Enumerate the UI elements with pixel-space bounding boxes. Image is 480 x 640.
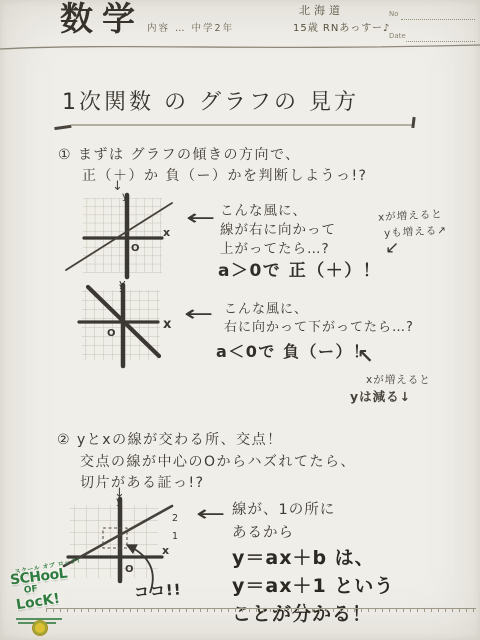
title-underline-scribble (53, 119, 71, 130)
left-arrow-icon: ← (196, 502, 226, 527)
conclusion-positive: a＞0で 正（＋）！ (218, 262, 381, 282)
subject-title: 数学 (60, 0, 144, 38)
side-note-down-line2: yは減る↓ (350, 390, 411, 404)
notebook-page: 数学 内容 … 中学2年 北海道 15歳 RNあっすー♪ No Date 1次関… (0, 0, 480, 640)
note-down-line1: こんな風に、 (224, 303, 308, 318)
grid-squares (83, 198, 162, 273)
logo-lock-text: LocK! (15, 591, 61, 614)
note-up-line1: こんな風に、 (220, 204, 307, 220)
section2-line1: ② yとxの線が交わる所、交点！ (57, 432, 283, 448)
conclusion-negative: a＜0で 負（ー）！ (216, 343, 371, 361)
page-title: 1次関数 の グラフの 見方 (62, 90, 359, 115)
y-label-top: y (119, 282, 125, 293)
section1-line2: 正（＋）か 負（ー）かを判断しようっ!? (82, 168, 368, 184)
formula-general: y＝ax＋b は、 (232, 548, 375, 570)
formula-specific: y＝ax＋1 という (232, 576, 394, 598)
up-left-arrow-icon: ↖ (357, 345, 374, 368)
tick-2: 2 (172, 513, 178, 524)
origin-label: O (107, 328, 116, 339)
school-of-lock-logo: スクール オブ ロック! SCHooL OF LocK! (2, 554, 72, 640)
tick-1: 1 (172, 531, 178, 542)
origin-label: O (131, 243, 140, 254)
koko-callout: ココ!! (133, 581, 182, 602)
graph-positive-slope: y y x O (62, 190, 178, 290)
side-note-up-line1: xが増えると (378, 208, 443, 223)
section2-line3: 切片がある証っ!? (80, 475, 205, 491)
intercept-note-line2: あるから (232, 525, 294, 542)
side-note-down-line1: xが増えると (366, 374, 431, 386)
section2-line2: 交点の線が中心のOからハズれてたら、 (80, 454, 356, 470)
no-label: No (389, 10, 399, 18)
left-arrow-icon: ← (186, 206, 216, 231)
x-label: x (163, 317, 172, 332)
intercept-note-line1: 線が、1の所に (232, 502, 335, 519)
sender-region: 北海道 (299, 5, 344, 18)
grid-squares (70, 505, 158, 578)
origin-label: O (125, 564, 134, 575)
left-arrow-icon: ← (184, 302, 214, 327)
note-up-line3: 上がってたら…? (220, 242, 330, 258)
x-label: x (162, 544, 169, 557)
title-underline-tick (411, 117, 415, 128)
down-left-arrow-icon: ↙ (385, 239, 399, 259)
note-up-line2: 線が右に向かって (220, 223, 336, 239)
y-label-top: y (116, 496, 122, 507)
header-rule (0, 40, 480, 54)
subject-note: 内容 … 中学2年 (147, 24, 234, 35)
graph-negative-slope: y x O (76, 282, 186, 374)
x-label: x (163, 226, 170, 239)
date-label: Date (389, 32, 406, 40)
bottom-ruler-line (46, 608, 476, 613)
y-label-top: y (122, 191, 128, 202)
note-down-line2: 右に向かって下がってたら…? (224, 321, 414, 336)
title-underline (71, 124, 412, 126)
logo-yellow-badge-icon (32, 620, 48, 636)
no-dotted-line (401, 19, 475, 20)
sender-name: 15歳 RNあっすー♪ (293, 23, 390, 35)
section1-line1: ① まずは グラフの傾きの方向で、 (58, 147, 301, 163)
